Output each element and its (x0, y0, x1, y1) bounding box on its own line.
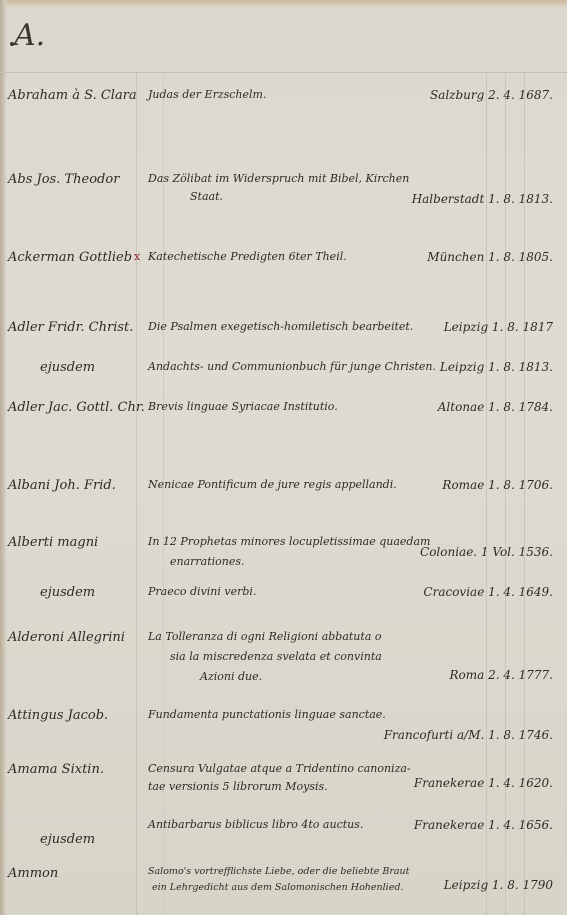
entry-author: Attingus Jacob. (8, 708, 108, 723)
entry-title-line2: enarrationes. (170, 555, 245, 568)
entry-author: Alderoni Allegrini (8, 630, 125, 645)
entry-title: Antibarbarus biblicus libro 4to auctus. (148, 818, 363, 831)
entry-author: Amama Sixtin. (8, 762, 104, 777)
entry-title: Andachts- und Communionbuch für junge Ch… (148, 360, 436, 373)
entry-author: Ammon (8, 866, 58, 881)
entry-author: ejusdem (40, 360, 95, 375)
entry-imprint: Halberstadt 1. 8. 1813. (412, 192, 553, 206)
column-rule-author (136, 72, 137, 915)
red-marker: x (134, 250, 140, 263)
entry-author: Alberti magni (8, 535, 98, 550)
entry-title: La Tolleranza di ogni Religioni abbatuta… (148, 630, 382, 643)
entry-title-line3: Azioni due. (200, 670, 262, 683)
section-letter: A. (14, 18, 45, 53)
entry-imprint: Altonae 1. 8. 1784. (438, 400, 553, 414)
entry-imprint: Francofurti a/M. 1. 8. 1746. (384, 728, 553, 742)
entry-title-line2: Staat. (190, 190, 223, 203)
entry-title: Censura Vulgatae atque a Tridentino cano… (148, 762, 411, 775)
entry-imprint: Leipzig 1. 8. 1813. (440, 360, 553, 374)
entry-imprint: Leipzig 1. 8. 1790 (444, 878, 553, 892)
ledger-page: A. Abraham à S. Clara Judas der Erzschel… (0, 0, 567, 915)
entry-imprint: Franekerae 1. 4. 1620. (414, 776, 553, 790)
entry-title: Judas der Erzschelm. (148, 88, 266, 101)
entry-imprint: Franekerae 1. 4. 1656. (414, 818, 553, 832)
entry-imprint: Salzburg 2. 4. 1687. (430, 88, 553, 102)
ruled-line (0, 72, 567, 73)
entry-author: Albani Joh. Frid. (8, 478, 116, 493)
entry-author: Ackerman Gottlieb (8, 250, 132, 265)
entry-author: ejusdem (40, 832, 95, 847)
entry-author: Abs Jos. Theodor (8, 172, 119, 187)
entry-author: ejusdem (40, 585, 95, 600)
entry-imprint: Cracoviae 1. 4. 1649. (423, 585, 553, 599)
entry-title: Brevis linguae Syriacae Institutio. (148, 400, 338, 413)
entry-imprint: München 1. 8. 1805. (427, 250, 553, 264)
entry-title: Praeco divini verbi. (148, 585, 256, 598)
entry-title: Nenicae Pontificum de jure regis appella… (148, 478, 397, 491)
entry-title: Die Psalmen exegetisch-homiletisch bearb… (148, 320, 413, 333)
entry-author: Abraham à S. Clara (8, 88, 137, 103)
entry-title: Katechetische Predigten 6ter Theil. (148, 250, 347, 263)
entry-imprint: Roma 2. 4. 1777. (450, 668, 554, 682)
entry-title-line2: ein Lehrgedicht aus dem Salomonischen Ho… (152, 882, 403, 893)
entry-title: Fundamenta punctationis linguae sanctae. (148, 708, 386, 721)
entry-imprint: Leipzig 1. 8. 1817 (444, 320, 553, 334)
entry-title: Salomo's vortrefflichste Liebe, oder die… (148, 866, 409, 877)
entry-author: Adler Jac. Gottl. Chr. (8, 400, 145, 415)
entry-author: Adler Fridr. Christ. (8, 320, 133, 335)
entry-title-line2: sia la miscredenza svelata et convinta (170, 650, 382, 663)
entry-imprint: Romae 1. 8. 1706. (442, 478, 553, 492)
entry-imprint: Coloniae. 1 Vol. 1536. (420, 545, 553, 559)
entry-title: Das Zölibat im Widerspruch mit Bibel, Ki… (148, 172, 409, 185)
entry-title: In 12 Prophetas minores locupletissimae … (148, 535, 430, 548)
entry-title-line2: tae versionis 5 librorum Moysis. (148, 780, 328, 793)
